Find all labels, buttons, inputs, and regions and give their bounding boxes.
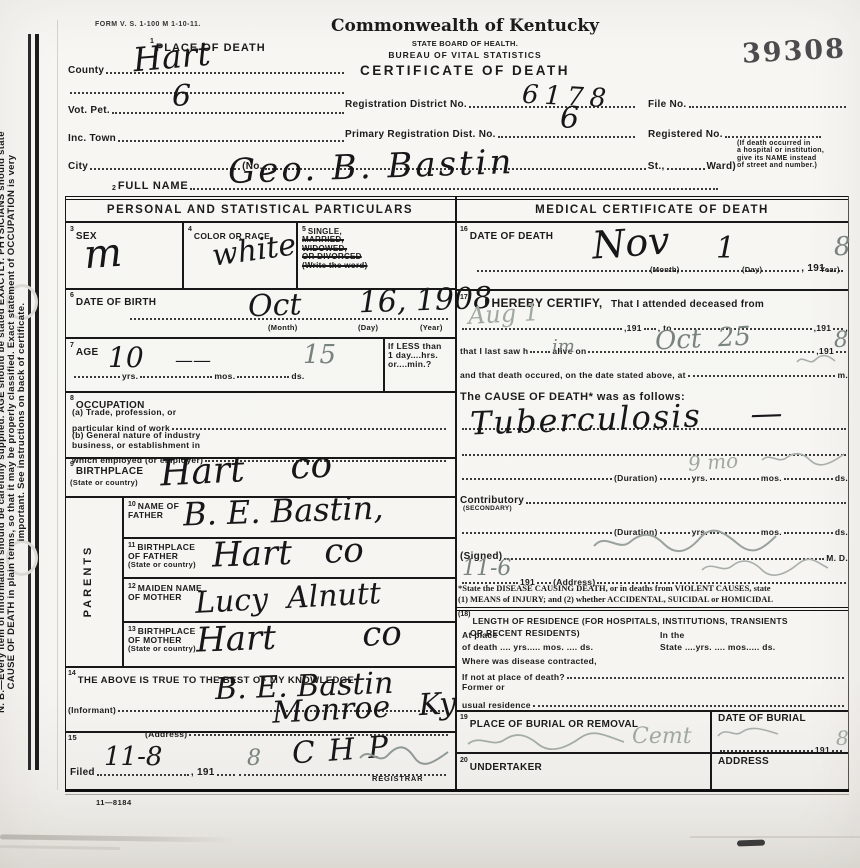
- hospital-note-line: of street and number.): [737, 162, 855, 169]
- hospital-note: (If death occurred in a hospital or inst…: [737, 140, 855, 169]
- at-place-label-2: of death .... yrs..... mos. .... ds.: [462, 643, 593, 652]
- dod-day-value-handwriting: 1: [716, 234, 735, 264]
- age-dash-handwriting: ——: [175, 352, 211, 370]
- date-of-birth-label: DATE OF BIRTH: [76, 297, 156, 308]
- city-ward-label: Ward): [707, 162, 736, 172]
- last-saw-label: that I last saw h: [460, 347, 528, 356]
- item-number: 8: [70, 395, 74, 402]
- cell-divider: [182, 221, 184, 288]
- item-number: 2: [112, 185, 116, 192]
- item-number: 7: [70, 342, 74, 349]
- duration-label: (Duration): [614, 474, 658, 483]
- county-label: County: [68, 66, 104, 76]
- age-days-value-handwriting: 15: [303, 342, 336, 368]
- hospital-note-line: give its NAME instead: [737, 155, 855, 162]
- duration2-ds-label: ds.: [835, 528, 848, 537]
- duration-ds-label: ds.: [835, 474, 848, 483]
- former-residence-line: usual residence: [462, 695, 846, 709]
- father-birthplace-label-3: (State or country): [128, 561, 196, 569]
- in-the-label-2: State ....yrs. .... mos..... ds.: [660, 643, 775, 652]
- vot-pet-line: Vot. Pet.: [68, 102, 346, 116]
- dotted-leader: [689, 104, 846, 108]
- certify-rest-label: That I attended deceased from: [611, 299, 764, 310]
- scan-smudge: [0, 845, 120, 850]
- city-st-label: St.,: [648, 162, 665, 172]
- dotted-leader: [172, 426, 446, 430]
- registrar-signature-flourish: [358, 742, 450, 768]
- mother-maiden-label-2: OF MOTHER: [128, 593, 202, 602]
- medical-section-title: MEDICAL CERTIFICATE OF DEATH: [456, 204, 848, 216]
- primary-registration-label: Primary Registration Dist. No.: [345, 130, 496, 140]
- dotted-leader: [118, 138, 344, 142]
- dotted-leader: [784, 530, 833, 534]
- death-time-illegible-handwriting: [795, 352, 837, 368]
- row-rule: [65, 666, 455, 668]
- cause-of-death-value-handwriting: Tuberculosis —: [470, 397, 785, 440]
- item-number: 6: [70, 292, 74, 299]
- item-number: 20: [460, 757, 468, 764]
- contracted-line: If not at place of death?: [462, 667, 846, 681]
- at-place-label-1: At place: [462, 631, 497, 640]
- mother-birthplace-field: 13BIRTHPLACE OF MOTHER (State or country…: [128, 625, 196, 653]
- section-divider-rule: [65, 196, 849, 200]
- burial-date-label: DATE OF BURIAL: [718, 714, 806, 725]
- burial-place-value-handwriting: Cemt: [632, 726, 692, 748]
- certify-line-4: and that death occured, on the date stat…: [460, 365, 848, 379]
- dotted-leader: [97, 772, 189, 776]
- dotted-leader: [140, 374, 212, 378]
- birthplace-field: 9BIRTHPLACE (State or country): [70, 461, 143, 487]
- item-number: 19: [460, 714, 468, 721]
- footnote-line-2: (1) MEANS of INJURY; and (2) whether ACC…: [458, 594, 850, 605]
- item-number: (18): [458, 611, 470, 618]
- undertaker-field: 20UNDERTAKER: [460, 757, 542, 775]
- certify-year-1: ,191: [624, 324, 642, 333]
- less-than-one-day-box: If LESS than 1 day....hrs. or....min.?: [388, 342, 442, 369]
- occupation-b2-label: business, or establishment in: [72, 441, 200, 450]
- primary-registration-line: Primary Registration Dist. No.: [345, 126, 637, 140]
- residence-heading: (18)LENGTH OF RESIDENCE (FOR HOSPITALS, …: [458, 611, 788, 638]
- sex-value-handwriting: m: [83, 233, 124, 276]
- full-name-value-handwriting: Geo. B. Bastin: [227, 145, 515, 189]
- dod-year-suffix-handwriting: 8: [834, 234, 851, 260]
- dotted-leader: [74, 374, 120, 378]
- father-name-label-2: FATHER: [128, 511, 179, 520]
- dotted-leader: [688, 373, 836, 377]
- file-no-line: File No.: [648, 96, 848, 110]
- date-of-death-label: DATE OF DEATH: [470, 231, 554, 242]
- row-rule: [122, 577, 455, 579]
- age-mos-label: mos.: [214, 372, 235, 381]
- burial-date-suffix-handwriting: 8: [836, 728, 849, 748]
- physician-signature-illegible: [590, 528, 780, 556]
- contracted-label-1: Where was disease contracted,: [462, 657, 597, 666]
- contracted-label-2: If not at place of death?: [462, 673, 565, 682]
- vot-pet-label: Vot. Pet.: [68, 106, 110, 116]
- death-certificate-scan: N. B.—Every item of information should b…: [0, 0, 860, 868]
- parents-vertical-label: PARENTS: [83, 521, 103, 641]
- dotted-leader: [530, 349, 550, 353]
- age-years-value-handwriting: 10: [108, 344, 144, 372]
- form-code: FORM V. S. 1-100 M 1-10-11.: [95, 21, 201, 28]
- county-value-handwriting: Hart: [132, 37, 212, 77]
- scan-mark: [737, 840, 765, 847]
- registered-no-label: Registered No.: [648, 130, 723, 140]
- state-board-subtitle: STATE BOARD OF HEALTH.: [300, 40, 630, 48]
- dotted-leader: [660, 476, 690, 480]
- residence-label-1: LENGTH OF RESIDENCE (FOR HOSPITALS, INST…: [472, 616, 787, 626]
- item-number: 15: [68, 734, 77, 742]
- undertaker-address-label: ADDRESS: [718, 757, 769, 768]
- secondary-sublabel: (SECONDARY): [463, 506, 512, 513]
- registration-district-label: Registration District No.: [345, 100, 467, 110]
- less-than-label-3: or....min.?: [388, 360, 442, 369]
- footnote-line-1: *State the DISEASE CAUSING DEATH, or in …: [458, 583, 850, 594]
- dob-day-sublabel: (Day): [358, 324, 378, 332]
- filed-year-suffix-handwriting: 8: [247, 748, 261, 770]
- mother-maiden-value-handwriting: Lucy Alnutt: [194, 579, 381, 619]
- bureau-subtitle: BUREAU OF VITAL STATISTICS: [300, 51, 630, 60]
- item-number: 9: [70, 461, 74, 468]
- dotted-leader: [567, 675, 844, 679]
- row-rule: [65, 391, 455, 393]
- duration-value-handwriting: 9 mo: [687, 450, 738, 473]
- dotted-leader: [217, 772, 235, 776]
- former-label-1: Former or: [462, 683, 505, 692]
- dob-month-sublabel: (Month): [268, 324, 298, 332]
- certificate-number-stamp: 39308: [741, 35, 846, 67]
- marital-write-word-label: (Write the word): [302, 262, 368, 270]
- mother-birthplace-label-3: (State or country): [128, 645, 196, 653]
- duration-illegible-handwriting: [760, 448, 846, 468]
- father-name-value-handwriting: B. E. Bastin,: [183, 492, 384, 531]
- certify-line-3: that I last saw h alive on ,191: [460, 341, 848, 355]
- dod-day-sublabel: (Day): [742, 266, 762, 274]
- last-alive-date-handwriting: Oct 25: [654, 324, 751, 355]
- dob-year-sublabel: (Year): [420, 324, 443, 332]
- inc-town-label: Inc. Town: [68, 134, 116, 144]
- burial-date-illegible-handwriting: [716, 724, 780, 742]
- row-rule: [456, 289, 848, 291]
- city-label: City: [68, 162, 88, 172]
- form-bottom-rule: [65, 789, 849, 792]
- filed-label: Filed: [70, 768, 95, 778]
- dotted-leader: [237, 374, 289, 378]
- dotted-leader: [462, 476, 612, 480]
- dotted-leader: [533, 703, 844, 707]
- hospital-note-line: (If death occurred in: [737, 140, 855, 147]
- last-alive-year-suffix-handwriting: 8: [834, 330, 848, 352]
- hospital-note-line: a hospital or institution,: [737, 147, 855, 154]
- informant-address-value-handwriting: Monroe Ky: [271, 689, 457, 729]
- occupation-b1-label: (b) General nature of industry: [72, 431, 201, 440]
- county-line-2: [68, 82, 346, 96]
- informant-label: (Informant): [68, 706, 116, 715]
- print-code: 11—8184: [96, 799, 132, 807]
- dod-year-sublabel: Year): [820, 266, 840, 274]
- form-left-border: [65, 196, 66, 789]
- commonwealth-title: Commonwealth of Kentucky: [300, 16, 630, 36]
- dotted-leader: [526, 500, 846, 504]
- burial-place-illegible-handwriting: [466, 730, 626, 752]
- contributory-line: Contributory: [460, 492, 848, 506]
- item-number: 14: [68, 670, 76, 677]
- item-number: 13: [128, 626, 136, 633]
- father-birthplace-field: 11BIRTHPLACE OF FATHER (State or country…: [128, 541, 196, 569]
- primary-registration-value-handwriting: 6: [560, 104, 579, 134]
- personal-section-title: PERSONAL AND STATISTICAL PARTICULARS: [65, 204, 455, 216]
- occurred-m-label: m.: [837, 371, 848, 380]
- dotted-leader: [710, 476, 759, 480]
- dotted-leader: [667, 166, 705, 170]
- item-number: 11: [128, 542, 135, 549]
- former-label-2: usual residence: [462, 701, 531, 710]
- dod-month-sublabel: (Month): [650, 266, 680, 274]
- item-number: 3: [70, 226, 74, 233]
- marital-status-field: 5SINGLE, MARRIED, WIDOWED, OR DIVORCED (…: [302, 225, 368, 270]
- residence-label-2: OR RECENT RESIDENTS): [470, 629, 788, 638]
- vot-pet-value-handwriting: 6: [172, 82, 191, 112]
- mother-maiden-name-field: 12MAIDEN NAME OF MOTHER: [128, 582, 202, 602]
- attended-from-value-handwriting: Aug 1: [467, 300, 539, 328]
- item-number: 17: [460, 294, 468, 301]
- margin-instructions: N. B.—Every item of information should b…: [0, 17, 41, 827]
- father-name-field: 10NAME OF FATHER: [128, 500, 179, 520]
- certify-year-2: ,191: [814, 324, 832, 333]
- margin-note-line3: important. See instructions on back of c…: [17, 17, 27, 827]
- parents-cell-divider: [122, 496, 124, 666]
- signed-date-value-handwriting: 11-6: [462, 558, 511, 580]
- in-the-label-1: In the: [660, 631, 684, 640]
- age-field: 7AGE: [70, 342, 98, 360]
- row-rule: [65, 731, 455, 733]
- duration-line: (Duration) yrs. mos. ds.: [460, 468, 848, 482]
- item-number: 4: [188, 226, 192, 233]
- certificate-title: CERTIFICATE OF DEATH: [300, 64, 630, 78]
- mother-birthplace-value-handwriting: Hart co: [195, 616, 402, 657]
- registrar-label: REGISTRAR: [372, 775, 423, 783]
- age-ds-label: ds.: [291, 372, 304, 381]
- birthplace-value-handwriting: Hart co: [159, 448, 333, 493]
- death-occurred-label: and that death occured, on the date stat…: [460, 371, 686, 380]
- row-rule: [456, 752, 848, 754]
- full-name-label: FULL NAME: [118, 181, 189, 192]
- item-number: 5: [302, 226, 306, 233]
- age-label: AGE: [76, 347, 99, 358]
- birthplace-sublabel: (State or country): [70, 479, 143, 487]
- form-right-border: [848, 196, 849, 789]
- father-birthplace-value-handwriting: Hart co: [211, 533, 364, 572]
- inc-town-line: Inc. Town: [68, 130, 346, 144]
- dod-month-value-handwriting: Nov: [591, 221, 671, 264]
- item-number: 10: [128, 501, 136, 508]
- registered-no-line: Registered No.: [648, 126, 823, 140]
- burial-place-label: PLACE OF BURIAL OR REMOVAL: [470, 719, 639, 730]
- him-value-handwriting: im: [552, 338, 575, 356]
- date-of-death-field: 16DATE OF DEATH: [460, 226, 553, 244]
- color-race-value-handwriting: white: [210, 230, 298, 271]
- dotted-leader: [784, 476, 833, 480]
- filed-date-handwriting: 11-8: [104, 744, 162, 770]
- dotted-leader: [112, 110, 344, 114]
- cell-divider: [383, 337, 385, 391]
- form-bottom-shadow-rule: [65, 794, 849, 795]
- scan-smudge: [0, 834, 235, 842]
- physician-address-illegible: [700, 556, 830, 578]
- file-no-label: File No.: [648, 100, 687, 110]
- row-rule: [456, 710, 848, 712]
- filed-year-label: , 191: [191, 768, 215, 778]
- duration-mos-label: mos.: [761, 474, 782, 483]
- item-number: 16: [460, 226, 468, 233]
- burial-cell-divider: [710, 710, 712, 789]
- page-fold-line: [57, 20, 58, 790]
- scan-streak: [690, 836, 860, 838]
- dotted-leader: [90, 166, 240, 170]
- undertaker-label: UNDERTAKER: [470, 762, 542, 773]
- item-number: 12: [128, 583, 136, 590]
- birthplace-label: BIRTHPLACE: [76, 466, 143, 477]
- dotted-leader: [70, 90, 344, 94]
- occupation-a1-label: (a) Trade, profession, or: [72, 408, 176, 417]
- dotted-leader: [725, 134, 821, 138]
- row-rule: [65, 337, 455, 339]
